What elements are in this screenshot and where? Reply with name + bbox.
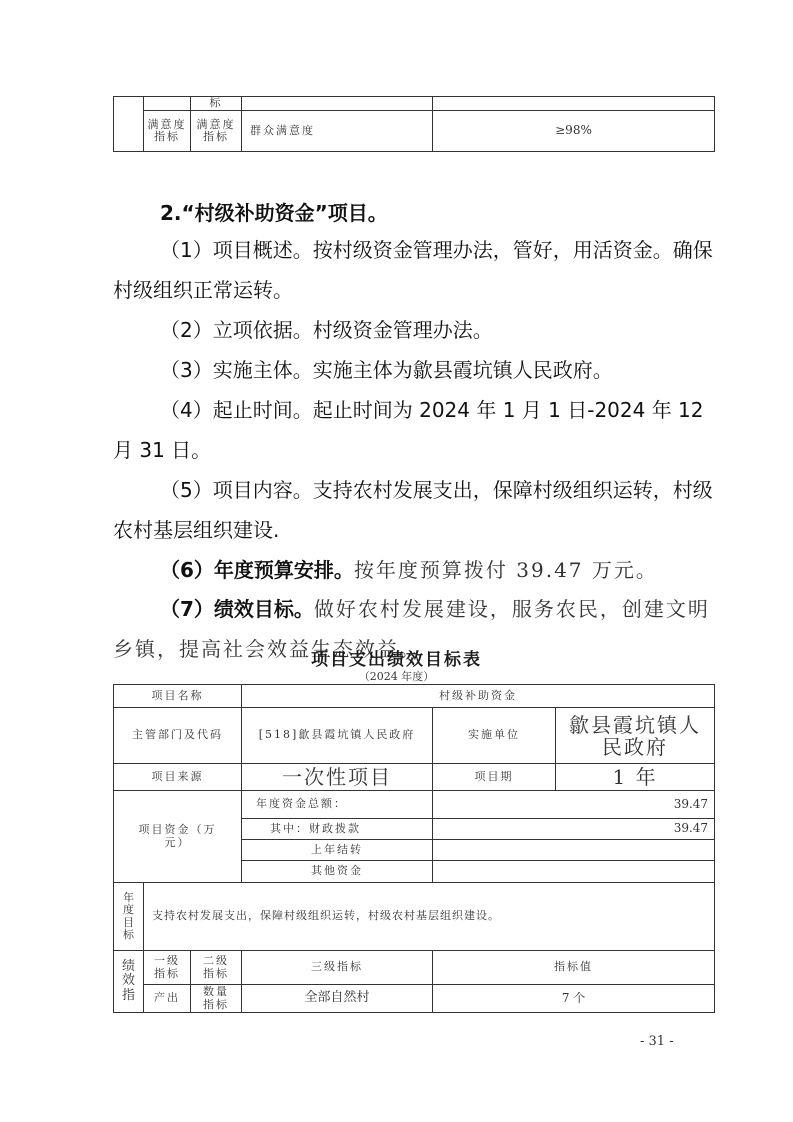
- section-heading: 2.“村级补助资金”项目。: [160, 193, 760, 233]
- source-label: 项目来源: [114, 764, 242, 791]
- source-value: 一次性项目: [242, 764, 433, 791]
- funds-fiscal: 39.47: [433, 819, 715, 840]
- table-title: 项目支出绩效目标表: [0, 645, 793, 670]
- header-l2: 二级指标: [191, 951, 242, 985]
- header-l3: 三级指标: [242, 951, 433, 985]
- paragraph-2: （2）立项依据。村级资金管理办法。: [113, 310, 713, 350]
- perf-label: 绩效指: [114, 951, 144, 1013]
- funds-carry: [433, 840, 715, 861]
- dept-value: [518]歙县霞坑镇人民政府: [242, 708, 433, 764]
- funds-total-label: 年度资金总额：: [242, 791, 433, 819]
- funds-carry-label: 上年结转: [242, 840, 433, 861]
- table-year: （2024 年度）: [0, 668, 793, 684]
- cell-l2-tail: 标: [191, 97, 242, 111]
- previous-indicator-table: 标 满意度指标 满意度指标 群众满意度 ≥98%: [113, 96, 715, 152]
- header-l1: 一级指标: [144, 951, 191, 985]
- cell-l1: 满意度指标: [144, 111, 191, 152]
- project-name: 村级补助资金: [242, 685, 715, 708]
- annual-goal-label: 年度目标: [114, 883, 144, 951]
- header-value: 指标值: [433, 951, 715, 985]
- row-l1: 产出: [144, 985, 191, 1013]
- row-l2: 数量指标: [191, 985, 242, 1013]
- paragraph-1: （1）项目概述。按村级资金管理办法，管好，用活资金。确保村级组织正常运转。: [113, 230, 713, 310]
- cell-l3: 群众满意度: [242, 111, 433, 152]
- funds-total: 39.47: [433, 791, 715, 819]
- dept-label: 主管部门及代码: [114, 708, 242, 764]
- row-value: 7 个: [433, 985, 715, 1013]
- funds-other-label: 其他资金: [242, 861, 433, 883]
- period-value: 1 年: [556, 764, 715, 791]
- period-label: 项目期: [433, 764, 556, 791]
- paragraph-4: （4）起止时间。起止时间为 2024 年 1 月 1 日-2024 年 12 月…: [113, 390, 713, 470]
- cell-value: ≥98%: [433, 111, 715, 152]
- row-l3: 全部自然村: [242, 985, 433, 1013]
- impl-label: 实施单位: [433, 708, 556, 764]
- paragraph-5: （5）项目内容。支持农村发展支出，保障村级组织运转，村级农村基层组织建设.: [113, 470, 713, 550]
- table-row: 产出 数量指标 全部自然村 7 个: [114, 985, 715, 1013]
- funds-fiscal-label: 其中：财政拨款: [242, 819, 433, 840]
- annual-goal: 支持农村发展支出，保障村级组织运转，村级农村基层组织建设。: [144, 883, 715, 951]
- paragraph-3: （3）实施主体。实施主体为歙县霞坑镇人民政府。: [113, 350, 713, 390]
- funds-other: [433, 861, 715, 883]
- cell-l2: 满意度指标: [191, 111, 242, 152]
- performance-target-table: 项目名称 村级补助资金 主管部门及代码 [518]歙县霞坑镇人民政府 实施单位 …: [113, 684, 715, 1013]
- page-number: - 31 -: [640, 1034, 674, 1049]
- project-name-label: 项目名称: [114, 685, 242, 708]
- paragraph-6: （6）年度预算安排。按年度预算拨付 39.47 万元。: [113, 550, 713, 590]
- funds-label: 项目资金（万元）: [114, 791, 242, 883]
- impl-value: 歙县霞坑镇人民政府: [556, 708, 715, 764]
- blank-cell: [114, 97, 144, 152]
